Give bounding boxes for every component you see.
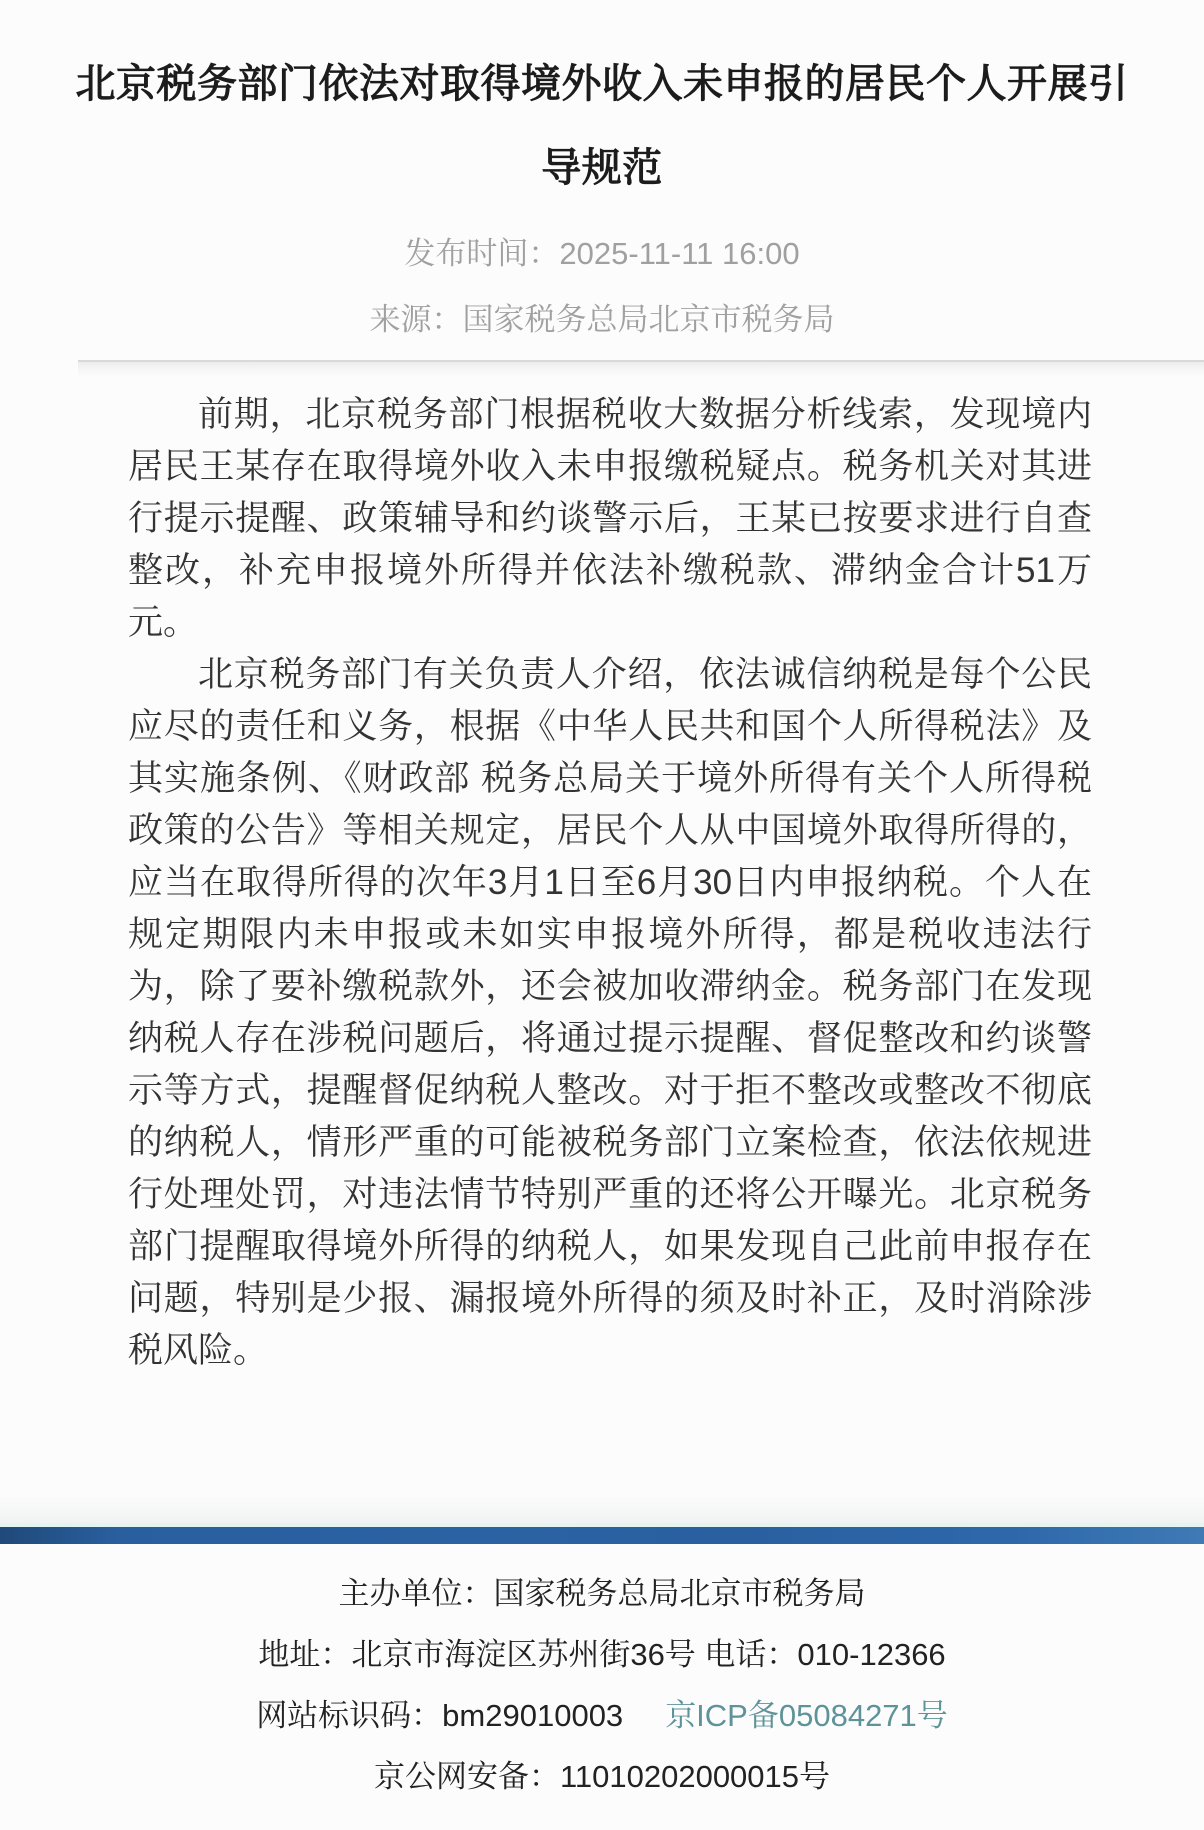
publish-time-label: 发布时间： (404, 236, 559, 271)
source-line: 来源：国家税务总局北京市税务局 (0, 300, 1204, 340)
article-paragraph: 北京税务部门有关负责人介绍，依法诚信纳税是每个公民应尽的责任和义务，根据《中华人… (128, 649, 1092, 1377)
source-label: 来源： (370, 302, 463, 337)
page-footer: 主办单位：国家税务总局北京市税务局 地址：北京市海淀区苏州街36号 电话：010… (0, 1497, 1204, 1818)
article-paragraph: 前期，北京税务部门根据税收大数据分析线索，发现境内居民王某存在取得境外收入未申报… (128, 389, 1092, 649)
footer-address-phone: 地址：北京市海淀区苏州街36号 电话：010-12366 (0, 1635, 1204, 1675)
icp-record-link[interactable]: 京ICP备05084271号 (665, 1698, 948, 1733)
footer-blue-bar (0, 1523, 1204, 1544)
publish-time-line: 发布时间：2025-11-11 16:00 (0, 234, 1204, 274)
footer-info-block: 主办单位：国家税务总局北京市税务局 地址：北京市海淀区苏州街36号 电话：010… (0, 1544, 1204, 1797)
site-code-text: 网站标识码：bm29010003 (256, 1698, 623, 1733)
header-divider (78, 360, 1204, 377)
page-title: 北京税务部门依法对取得境外收入未申报的居民个人开展引导规范 (71, 0, 1133, 210)
article-body: 前期，北京税务部门根据税收大数据分析线索，发现境内居民王某存在取得境外收入未申报… (0, 377, 1204, 1377)
footer-site-code-line: 网站标识码：bm29010003京ICP备05084271号 (0, 1696, 1204, 1736)
publish-time-value: 2025-11-11 16:00 (559, 236, 799, 271)
footer-top-band (0, 1497, 1204, 1523)
footer-security-record: 京公网安备：11010202000015号 (0, 1757, 1204, 1797)
source-value: 国家税务总局北京市税务局 (463, 302, 835, 337)
footer-host-unit: 主办单位：国家税务总局北京市税务局 (0, 1574, 1204, 1614)
announcement-page: 北京税务部门依法对取得境外收入未申报的居民个人开展引导规范 发布时间：2025-… (0, 0, 1204, 1830)
